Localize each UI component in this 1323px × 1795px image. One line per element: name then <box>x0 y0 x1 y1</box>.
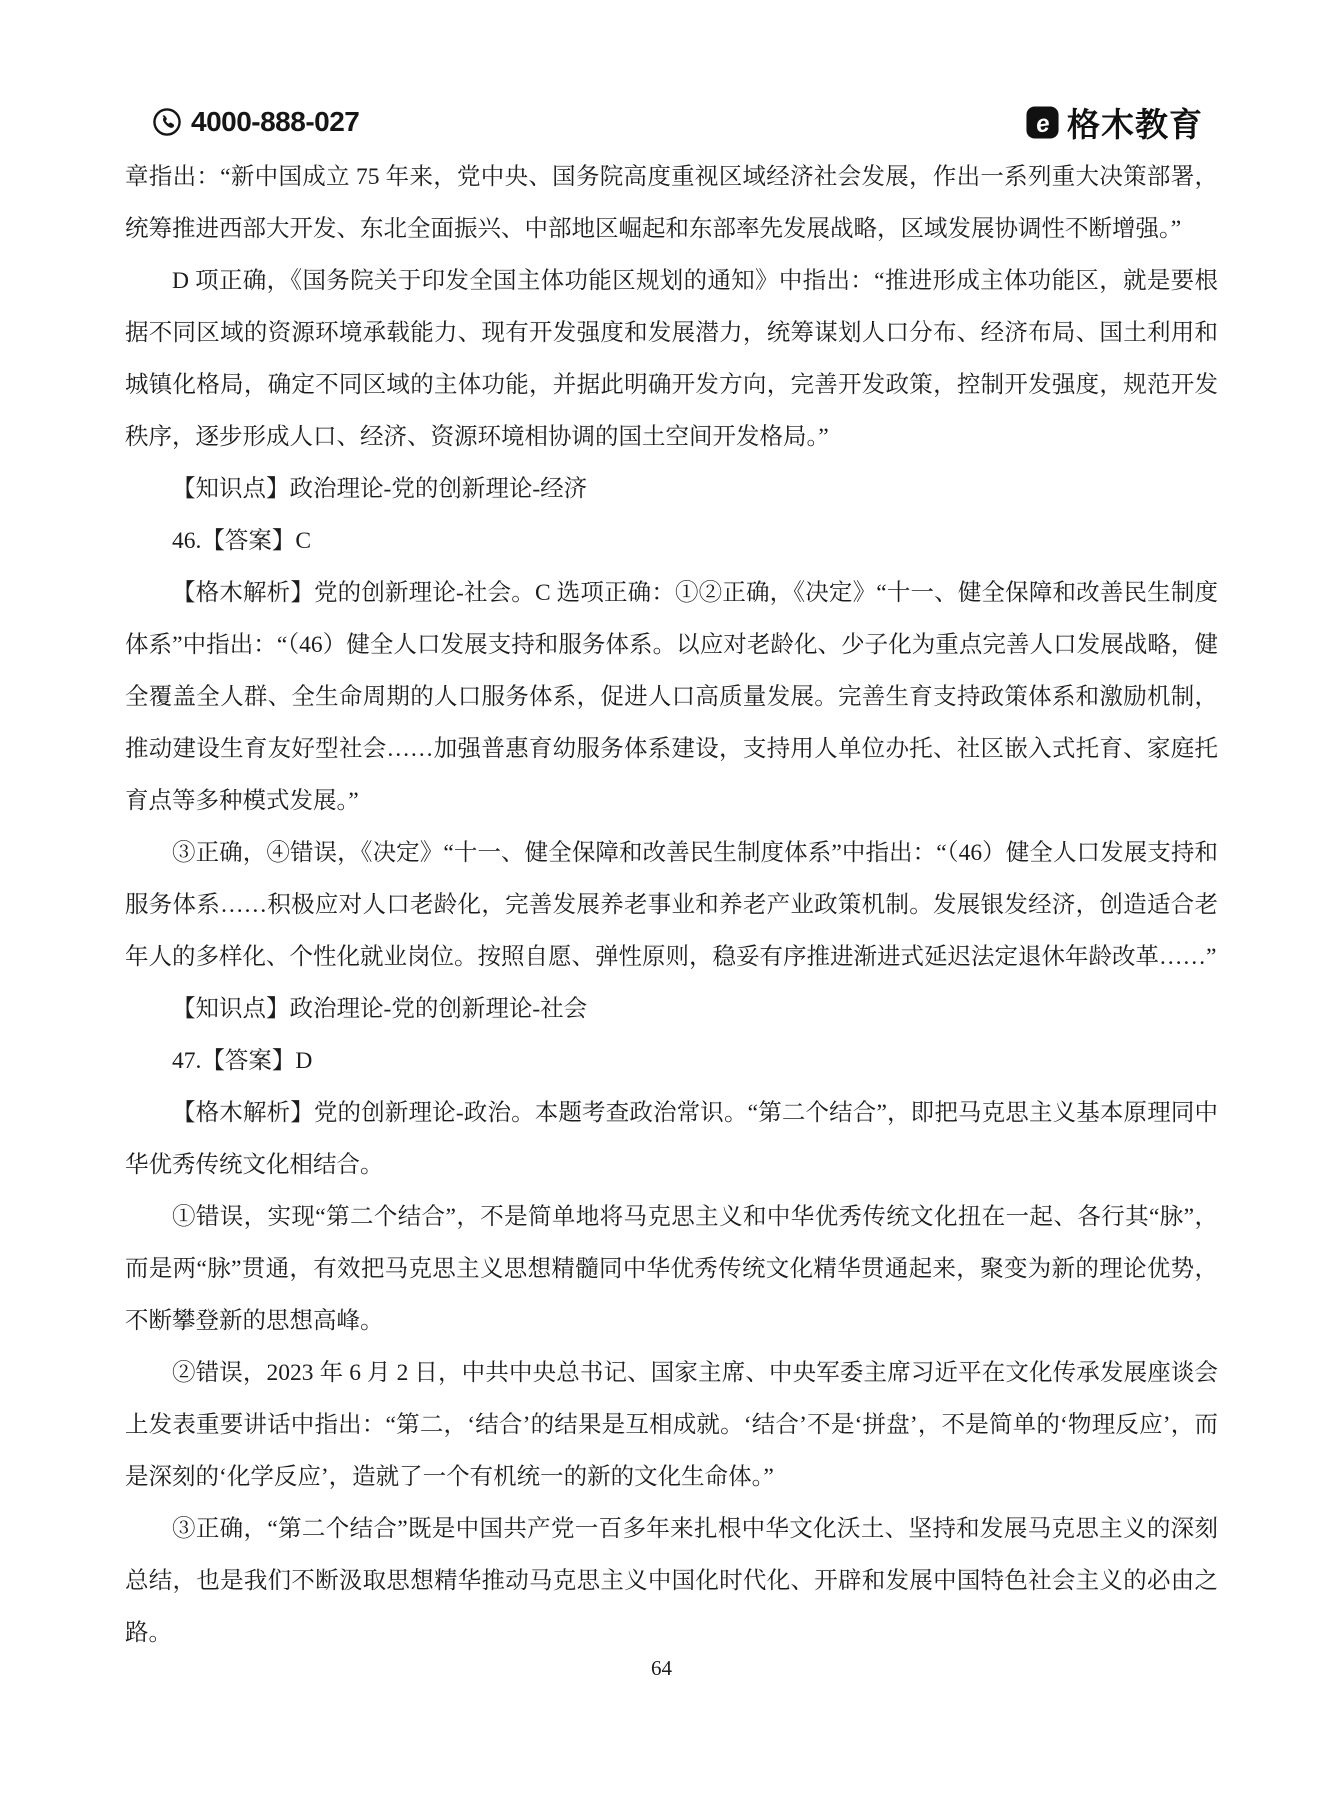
page-footer: 64 <box>0 1656 1323 1681</box>
phone-icon <box>152 107 182 137</box>
phone-number: 4000-888-027 <box>191 106 359 138</box>
brand-name: 格木教育 <box>1067 99 1203 146</box>
document-body: 章指出：“新中国成立 75 年来，党中央、国务院高度重视区域经济社会发展，作出一… <box>125 151 1218 1659</box>
analysis-46: 【格木解析】党的创新理论-社会。C 选项正确：①②正确，《决定》“十一、健全保障… <box>125 567 1218 827</box>
analysis-47-item-1: ①错误，实现“第二个结合”，不是简单地将马克思主义和中华优秀传统文化扭在一起、各… <box>125 1191 1218 1347</box>
gemu-logo-icon: e <box>1025 105 1060 140</box>
page: 4000-888-027 e 格木教育 章指出：“新中国成立 75 年来，党中央… <box>0 0 1323 1795</box>
answer-47: 47.【答案】D <box>125 1035 1218 1087</box>
page-number: 64 <box>651 1656 672 1680</box>
paragraph-option-d-analysis: D 项正确，《国务院关于印发全国主体功能区规划的通知》中指出：“推进形成主体功能… <box>125 255 1218 463</box>
paragraph-continuation-region-policy: 章指出：“新中国成立 75 年来，党中央、国务院高度重视区域经济社会发展，作出一… <box>125 151 1218 255</box>
page-header: 4000-888-027 e 格木教育 <box>152 98 1203 146</box>
analysis-46-items-3-4: ③正确，④错误，《决定》“十一、健全保障和改善民生制度体系”中指出：“（46）健… <box>125 827 1218 983</box>
analysis-47-item-2: ②错误，2023 年 6 月 2 日，中共中央总书记、国家主席、中央军委主席习近… <box>125 1347 1218 1503</box>
analysis-47-item-3: ③正确，“第二个结合”既是中国共产党一百多年来扎根中华文化沃土、坚持和发展马克思… <box>125 1503 1218 1659</box>
knowledge-point-economy: 【知识点】政治理论-党的创新理论-经济 <box>125 463 1218 515</box>
knowledge-point-society: 【知识点】政治理论-党的创新理论-社会 <box>125 983 1218 1035</box>
brand-logo: e 格木教育 <box>1025 99 1203 146</box>
contact-phone: 4000-888-027 <box>152 106 359 138</box>
analysis-47: 【格木解析】党的创新理论-政治。本题考查政治常识。“第二个结合”，即把马克思主义… <box>125 1087 1218 1191</box>
answer-46: 46.【答案】C <box>125 515 1218 567</box>
